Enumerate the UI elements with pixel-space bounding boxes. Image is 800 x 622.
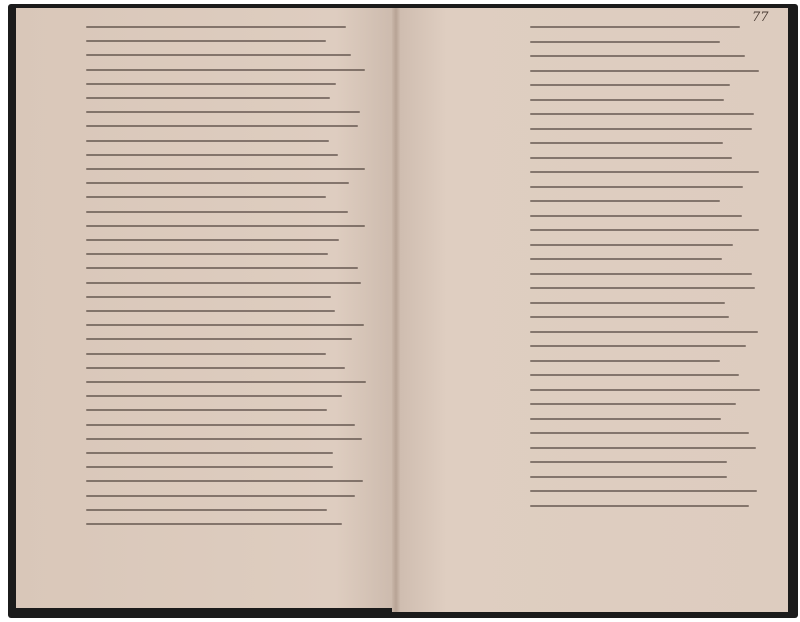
handwriting-line [86,196,326,198]
handwriting-line [530,258,722,260]
handwriting-line [86,168,365,170]
handwriting-line [530,84,730,86]
handwriting-line [530,200,720,202]
page-number: 77 [752,10,769,25]
handwriting-line [530,287,755,289]
handwriting-line [530,41,720,43]
handwriting-line [530,244,733,246]
handwriting-line [86,282,361,284]
handwriting-line [530,215,742,217]
handwriting-line [530,447,756,449]
handwriting-line [86,324,364,326]
handwriting-line [86,111,360,113]
handwriting-line [86,480,363,482]
handwriting-line [86,466,333,468]
handwriting-line [530,505,749,507]
handwriting-line [530,476,727,478]
handwriting-line [86,26,346,28]
right-page [400,8,788,612]
handwriting-line [86,83,336,85]
handwriting-line [86,54,351,56]
handwriting-line [86,367,345,369]
handwriting-line [86,154,338,156]
handwriting-line [86,381,366,383]
handwriting-line [530,229,759,231]
handwriting-line [86,523,342,525]
handwriting-line [530,331,758,333]
handwriting-line [530,99,724,101]
handwriting-line [86,211,348,213]
handwriting-line [86,409,327,411]
handwriting-line [86,97,330,99]
handwriting-line [530,490,757,492]
handwriting-line [530,461,727,463]
handwriting-line [86,438,362,440]
handwriting-line [530,302,725,304]
handwriting-line [86,69,365,71]
handwriting-line [86,140,329,142]
handwriting-line [86,225,365,227]
handwriting-line [86,495,355,497]
handwriting-line [86,338,352,340]
handwriting-line [530,345,746,347]
handwriting-line [530,418,721,420]
handwriting-line [530,55,745,57]
handwriting-line [86,395,342,397]
book-gutter [392,8,400,612]
handwriting-line [530,113,754,115]
handwriting-line [530,360,720,362]
handwriting-line [86,424,355,426]
handwriting-line [530,432,749,434]
handwriting-line [530,171,759,173]
handwriting-line [86,40,326,42]
handwriting-line [530,70,759,72]
handwriting-line [86,125,358,127]
handwriting-line [86,267,358,269]
handwriting-line [530,26,740,28]
handwriting-line [86,310,335,312]
handwriting-line [86,353,326,355]
handwriting-line [530,273,752,275]
handwriting-line [530,128,752,130]
handwriting-line [530,186,743,188]
handwriting-line [86,239,339,241]
handwriting-line [530,157,732,159]
handwriting-line [530,316,729,318]
handwriting-line [86,296,331,298]
left-page [16,8,392,608]
handwriting-line [86,182,349,184]
handwriting-line [86,452,333,454]
handwriting-line [86,509,327,511]
handwriting-line [86,253,328,255]
handwriting-line [530,389,760,391]
handwriting-line [530,142,723,144]
handwriting-line [530,403,736,405]
handwriting-line [530,374,739,376]
